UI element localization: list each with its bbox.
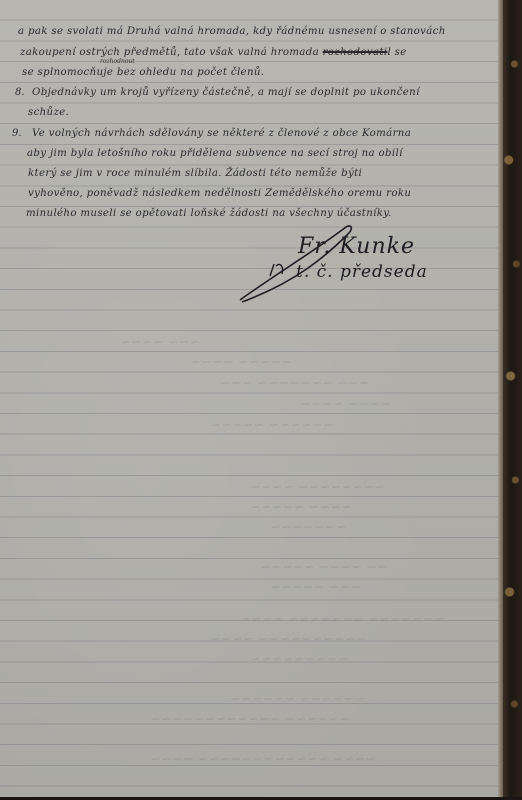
struck-word: rozhodovati: [323, 47, 388, 58]
bleed-through-ink: ~~~~~~ ~~~~~: [210, 418, 334, 433]
item-9-line-1: Ve volných návrhách sdělovány se některé…: [32, 128, 411, 139]
bleed-through-ink: ~~~~ ~~~~~: [250, 500, 352, 515]
continuation-line-2: zakoupení ostrých předmětů, tato však va…: [20, 47, 407, 58]
item-9-line-5: minulého museli se opětovati loňské žádo…: [26, 208, 392, 219]
bleed-through-ink: ~~~~~ ~~~~: [190, 355, 292, 370]
notebook-page: ~~~ ~~~~ ~~~~~ ~~~~ ~~~ ~~~~~~~ ~~~ ~~~~…: [0, 0, 499, 797]
item-9-line-4: vyhověno, poněvadž následkem nedělnosti …: [28, 188, 411, 199]
line-2-text: zakoupení ostrých předmětů, tato však va…: [20, 47, 319, 58]
bleed-through-ink: ~~~~ ~~~~~~~~~~~~ ~~~~: [150, 752, 376, 767]
document-scan: ~~~ ~~~~ ~~~~~ ~~~~ ~~~ ~~~~~~~ ~~~ ~~~~…: [0, 0, 522, 800]
marbled-binding: [503, 0, 522, 800]
bleed-through-ink: ~~~ ~~~~~: [270, 580, 361, 595]
item-number-8: 8.: [15, 87, 25, 98]
signature-title: t. č. předseda: [296, 262, 428, 282]
item-8-line-1: Objednávky um krojů vyřízeny částečně, a…: [32, 87, 420, 98]
continuation-line-3: se splnomocňuje bez ohledu na počet člen…: [22, 67, 264, 78]
signature-name: Fr. Kunke: [298, 234, 415, 259]
bleed-through-ink: ~~~~~~~~ ~~~~: [250, 480, 385, 495]
line-2-tail: l se: [387, 47, 406, 58]
signature-block: Fr. Kunke t. č. předseda: [236, 222, 496, 307]
bleed-through-ink: ~~~ ~~~~~~~ ~~~: [220, 376, 370, 391]
bleed-through-ink: ~~~~~~~ ~~~~~~~ ~~~~: [240, 612, 444, 627]
item-number-9: 9.: [12, 128, 22, 139]
bleed-through-ink: ~~~~~~~~~~ ~~~~: [210, 632, 367, 647]
item-8-line-2: schůze.: [28, 107, 69, 118]
bleed-through-ink: ~~ ~~~~ ~~~~~: [260, 560, 388, 575]
bleed-through-ink: ~~~ ~~~~: [120, 335, 200, 350]
bleed-through-ink: ~~~~~~ ~~~~~~: [230, 692, 365, 707]
bleed-through-ink: ~~~~~~ ~~~~~~~~~~~~: [150, 712, 350, 727]
bleed-through-ink: ~~~~~~~~~: [250, 652, 348, 667]
interlinear-insertion: rozhodnout: [100, 58, 135, 65]
continuation-line-1: a pak se svolati má Druhá valná hromada,…: [18, 26, 446, 37]
item-9-line-2: aby jim byla letošního roku přidělena su…: [27, 148, 403, 159]
bleed-through-ink: ~~~~~~~: [270, 520, 346, 535]
ruled-lines: [0, 0, 499, 797]
bleed-through-ink: ~~~~ ~~~~: [300, 397, 391, 412]
item-9-line-3: který se jim v roce minulém slíbila. Žád…: [28, 168, 362, 179]
